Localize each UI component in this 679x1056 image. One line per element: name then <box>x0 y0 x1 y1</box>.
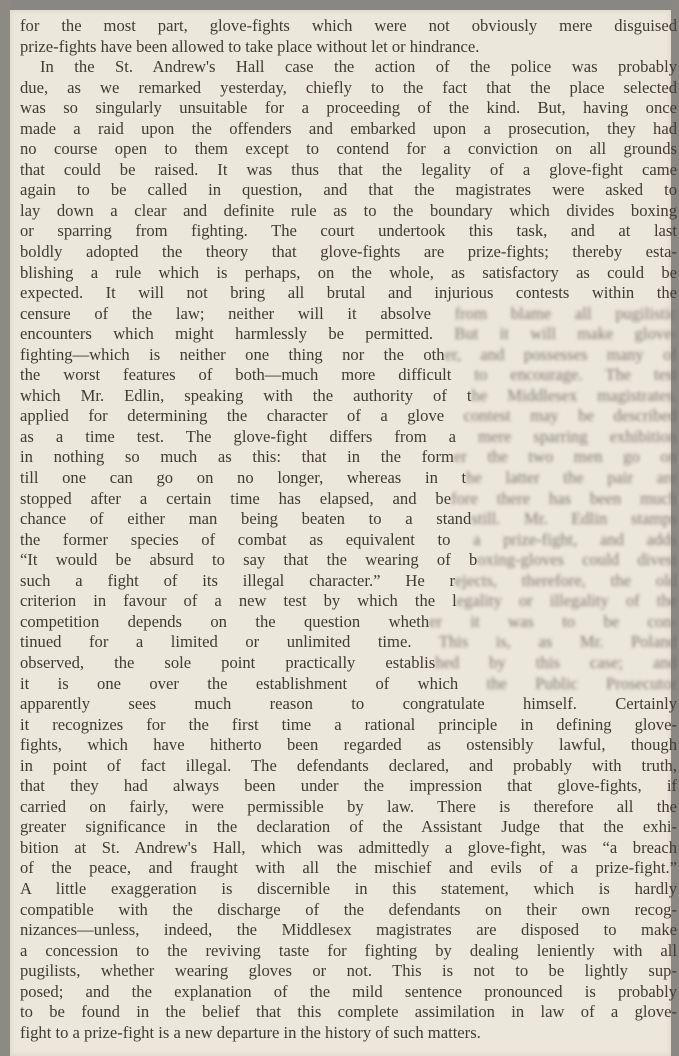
article-line: that they had always been under the impr… <box>20 776 677 797</box>
line-text: made a raid upon the offenders and embar… <box>20 119 677 138</box>
article-line: censure of the law; neither will it abso… <box>20 304 677 325</box>
article-line: boldly adopted the theory that glove-fig… <box>20 242 677 263</box>
article-line: or sparring from fighting. The court und… <box>20 221 677 242</box>
line-text: it is one over the establishment of whic… <box>20 674 487 693</box>
article-line: due, as we remarked yesterday, chiefly t… <box>20 78 677 99</box>
line-faded-text: contest may be described <box>464 406 677 425</box>
article-line: compatible with the discharge of the def… <box>20 900 677 921</box>
line-text: competition depends on the question whet… <box>20 612 429 631</box>
article-line: the worst features of both—much more dif… <box>20 365 677 386</box>
line-text: the former species of combat as equivale… <box>20 530 473 549</box>
line-text: blishing a rule which is perhaps, on the… <box>20 263 677 282</box>
newspaper-clipping: for the most part, glove-fights which we… <box>10 10 671 1056</box>
line-faded-text: hed by this case; and <box>435 653 677 672</box>
article-line: observed, the sole point practically est… <box>20 653 677 674</box>
article-line: competition depends on the question whet… <box>20 612 677 633</box>
article-line: nizances—unless, indeed, the Middlesex m… <box>20 920 677 941</box>
line-text: pugilists, whether wearing gloves or not… <box>20 961 677 980</box>
article-line: chance of either man being beaten to a s… <box>20 509 677 530</box>
article-line: carried on fairly, were permissible by l… <box>20 797 677 818</box>
line-text: of the peace, and fraught with all the m… <box>20 858 677 877</box>
article-line: blishing a rule which is perhaps, on the… <box>20 263 677 284</box>
article-line: it is one over the establishment of whic… <box>20 674 677 695</box>
article-line: expected. It will not bring all brutal a… <box>20 283 677 304</box>
line-text: bition at St. Andrew's Hall, which was a… <box>20 838 677 857</box>
line-text: compatible with the discharge of the def… <box>20 900 677 919</box>
line-text: criterion in favour of a new test by whi… <box>20 591 457 610</box>
article-line: lay down a clear and definite rule as to… <box>20 201 677 222</box>
article-line: no course open to them except to contend… <box>20 139 677 160</box>
article-line: the former species of combat as equivale… <box>20 530 677 551</box>
line-text: no course open to them except to contend… <box>20 139 677 158</box>
line-text: apparently sees much reason to congratul… <box>20 694 677 713</box>
line-text: A little exaggeration is discernible in … <box>20 879 677 898</box>
line-faded-text: This is, as Mr. Poland <box>439 632 677 651</box>
line-text: to be found in the belief that this comp… <box>20 1002 677 1021</box>
article-line: posed; and the explanation of the mild s… <box>20 982 677 1003</box>
line-text: it recognizes for the first time a ratio… <box>20 715 677 734</box>
scan-frame-top <box>0 0 679 10</box>
line-faded-text: But it will make glove- <box>454 324 677 343</box>
line-faded-text: a prize-fight, and adds <box>473 530 677 549</box>
line-text: lay down a clear and definite rule as to… <box>20 201 677 220</box>
line-faded-text: mere sparring exhibition <box>478 427 677 446</box>
line-text: nizances—unless, indeed, the Middlesex m… <box>20 920 677 939</box>
article-line: tinued for a limited or unlimited time. … <box>20 632 677 653</box>
article-line: was so singularly unsuitable for a proce… <box>20 98 677 119</box>
line-faded-text: he latter the pair are <box>466 468 677 487</box>
article-line: which Mr. Edlin, speaking with the autho… <box>20 386 677 407</box>
line-text: fight to a prize-fight is a new departur… <box>20 1023 481 1042</box>
article-column: for the most part, glove-fights which we… <box>20 16 677 1043</box>
article-line: criterion in favour of a new test by whi… <box>20 591 677 612</box>
line-text: stopped after a certain time has elapsed… <box>20 489 451 508</box>
line-text: observed, the sole point practically est… <box>20 653 435 672</box>
line-faded-text: er, and possesses many of <box>445 345 677 364</box>
line-faded-text: fore there has been much <box>451 489 677 508</box>
article-line: in nothing so much as this: that in the … <box>20 447 677 468</box>
article-line: “It would be absurd to say that the wear… <box>20 550 677 571</box>
line-faded-text: oxing-gloves could divest <box>477 550 677 569</box>
line-text: “It would be absurd to say that the wear… <box>20 550 477 569</box>
article-line: bition at St. Andrew's Hall, which was a… <box>20 838 677 859</box>
line-faded-text: er the two men go on <box>454 447 677 466</box>
article-line: fight to a prize-fight is a new departur… <box>20 1023 677 1044</box>
article-line: A little exaggeration is discernible in … <box>20 879 677 900</box>
article-line: for the most part, glove-fights which we… <box>20 16 677 37</box>
line-text: which Mr. Edlin, speaking with the autho… <box>20 386 472 405</box>
article-line: as a time test. The glove-fight differs … <box>20 427 677 448</box>
article-line: that could be raised. It was thus that t… <box>20 160 677 181</box>
article-line: greater significance in the declaration … <box>20 817 677 838</box>
article-line: In the St. Andrew's Hall case the action… <box>20 57 677 78</box>
line-text: fights, which have hitherto been regarde… <box>20 735 677 754</box>
article-line: again to be called in question, and that… <box>20 180 677 201</box>
line-faded-text: he Middlesex magistrates, <box>472 386 677 405</box>
line-text: greater significance in the declaration … <box>20 817 677 836</box>
line-text: as a time test. The glove-fight differs … <box>20 427 478 446</box>
article-line: applied for determining the character of… <box>20 406 677 427</box>
line-faded-text: er it was to be con- <box>429 612 677 631</box>
line-text: that could be raised. It was thus that t… <box>20 160 677 179</box>
line-text: carried on fairly, were permissible by l… <box>20 797 677 816</box>
line-faded-text: ejects, therefore, the old <box>455 571 677 590</box>
line-text: applied for determining the character of… <box>20 406 464 425</box>
line-text: in point of fact illegal. The defendants… <box>20 756 677 775</box>
line-text: such a fight of its illegal character.” … <box>20 571 455 590</box>
line-text: In the St. Andrew's Hall case the action… <box>40 57 677 76</box>
line-text: was so singularly unsuitable for a proce… <box>20 98 677 117</box>
article-line: such a fight of its illegal character.” … <box>20 571 677 592</box>
line-text: chance of either man being beaten to a s… <box>20 509 471 528</box>
line-text: fighting—which is neither one thing nor … <box>20 345 445 364</box>
article-line: encounters which might harmlessly be per… <box>20 324 677 345</box>
article-line: fighting—which is neither one thing nor … <box>20 345 677 366</box>
article-line: pugilists, whether wearing gloves or not… <box>20 961 677 982</box>
line-text: that they had always been under the impr… <box>20 776 677 795</box>
line-text: or sparring from fighting. The court und… <box>20 221 677 240</box>
line-text: posed; and the explanation of the mild s… <box>20 982 677 1001</box>
article-line: prize-fights have been allowed to take p… <box>20 37 677 58</box>
line-faded-text: to encourage. The test <box>474 365 677 384</box>
article-line: made a raid upon the offenders and embar… <box>20 119 677 140</box>
line-text: again to be called in question, and that… <box>20 180 677 199</box>
line-text: expected. It will not bring all brutal a… <box>20 283 677 302</box>
line-text: tinued for a limited or unlimited time. <box>20 632 439 651</box>
article-line: stopped after a certain time has elapsed… <box>20 489 677 510</box>
article-line: till one can go on no longer, whereas in… <box>20 468 677 489</box>
line-text: till one can go on no longer, whereas in… <box>20 468 466 487</box>
line-text: due, as we remarked yesterday, chiefly t… <box>20 78 677 97</box>
article-line: fights, which have hitherto been regarde… <box>20 735 677 756</box>
line-text: prize-fights have been allowed to take p… <box>20 37 479 56</box>
line-text: a concession to the reviving taste for f… <box>20 941 677 960</box>
line-text: censure of the law; neither will it abso… <box>20 304 455 323</box>
line-text: for the most part, glove-fights which we… <box>20 16 677 35</box>
line-faded-text: the Public Prosecutor <box>487 674 677 693</box>
line-faded-text: egality or illegality of the <box>457 591 677 610</box>
article-line: to be found in the belief that this comp… <box>20 1002 677 1023</box>
line-faded-text: still. Mr. Edlin stamps <box>471 509 677 528</box>
scan-frame-left <box>0 0 10 1056</box>
line-text: in nothing so much as this: that in the … <box>20 447 454 466</box>
line-text: the worst features of both—much more dif… <box>20 365 474 384</box>
article-line: apparently sees much reason to congratul… <box>20 694 677 715</box>
article-line: a concession to the reviving taste for f… <box>20 941 677 962</box>
line-faded-text: from blame all pugilistic <box>455 304 677 323</box>
article-line: of the peace, and fraught with all the m… <box>20 858 677 879</box>
article-line: in point of fact illegal. The defendants… <box>20 756 677 777</box>
article-line: it recognizes for the first time a ratio… <box>20 715 677 736</box>
line-text: encounters which might harmlessly be per… <box>20 324 454 343</box>
line-text: boldly adopted the theory that glove-fig… <box>20 242 677 261</box>
